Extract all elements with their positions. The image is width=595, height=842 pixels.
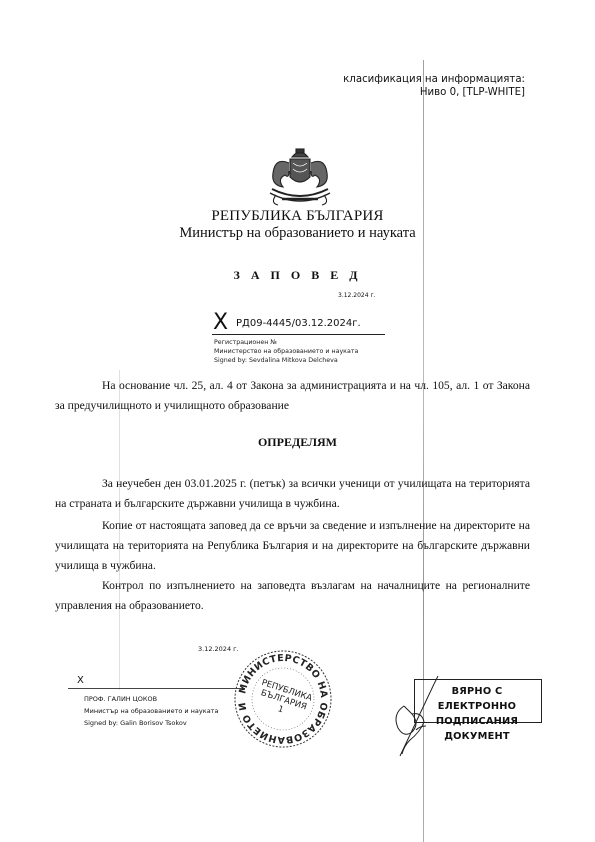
ministry-seal-icon: МИНИСТЕРСТВО НА ОБРАЗОВАНИЕТО И НАУКАТА … — [232, 648, 334, 750]
signatory-position: Министър на образованието и науката — [84, 705, 218, 717]
order-title: З А П О В Е Д — [0, 268, 595, 283]
signature-details: ПРОФ. ГАЛИН ЦОКОВ Министър на образовани… — [84, 693, 218, 729]
registration-signature-mark: X — [213, 312, 228, 334]
signatory-signed-by: Signed by: Galin Borisov Tsokov — [84, 717, 218, 729]
registration-label: Регистрационен № — [214, 338, 358, 347]
decide-heading: ОПРЕДЕЛЯМ — [0, 435, 595, 450]
registration-details: Регистрационен № Министерство на образов… — [214, 338, 358, 365]
classification-label: класификация на информацията: Ниво 0, [T… — [343, 73, 525, 99]
signature-mark: X — [77, 675, 84, 686]
classification-line-2: Ниво 0, [TLP-WHITE] — [343, 86, 525, 99]
registration-signed-by: Signed by: Sevdalina Mitkova Delcheva — [214, 356, 358, 365]
order-date: 3.12.2024 г. — [338, 292, 376, 299]
legal-basis-paragraph: На основание чл. 25, ал. 4 от Закона за … — [55, 376, 530, 416]
coat-of-arms-icon — [262, 145, 338, 209]
classification-line-1: класификация на информацията: — [343, 73, 525, 86]
registration-number: РД09-4445/03.12.2024г. — [236, 318, 361, 329]
republic-heading: РЕПУБЛИКА БЪЛГАРИЯ — [0, 208, 595, 225]
signature-line — [68, 688, 245, 689]
order-paragraph-1: За неучебен ден 03.01.2025 г. (петък) за… — [55, 474, 530, 514]
order-paragraph-2: Копие от настоящата заповед да се връчи … — [55, 516, 530, 576]
signatory-name: ПРОФ. ГАЛИН ЦОКОВ — [84, 693, 218, 705]
ministry-heading: Министър на образованието и науката — [0, 225, 595, 242]
registration-signature-line — [212, 334, 385, 335]
registration-org: Министерство на образованието и науката — [214, 347, 358, 356]
handwritten-signature-icon — [386, 664, 466, 764]
order-paragraph-3: Контрол по изпълнението на заповедта въз… — [55, 576, 530, 616]
seal-inner-line-3: 1 — [276, 704, 284, 715]
